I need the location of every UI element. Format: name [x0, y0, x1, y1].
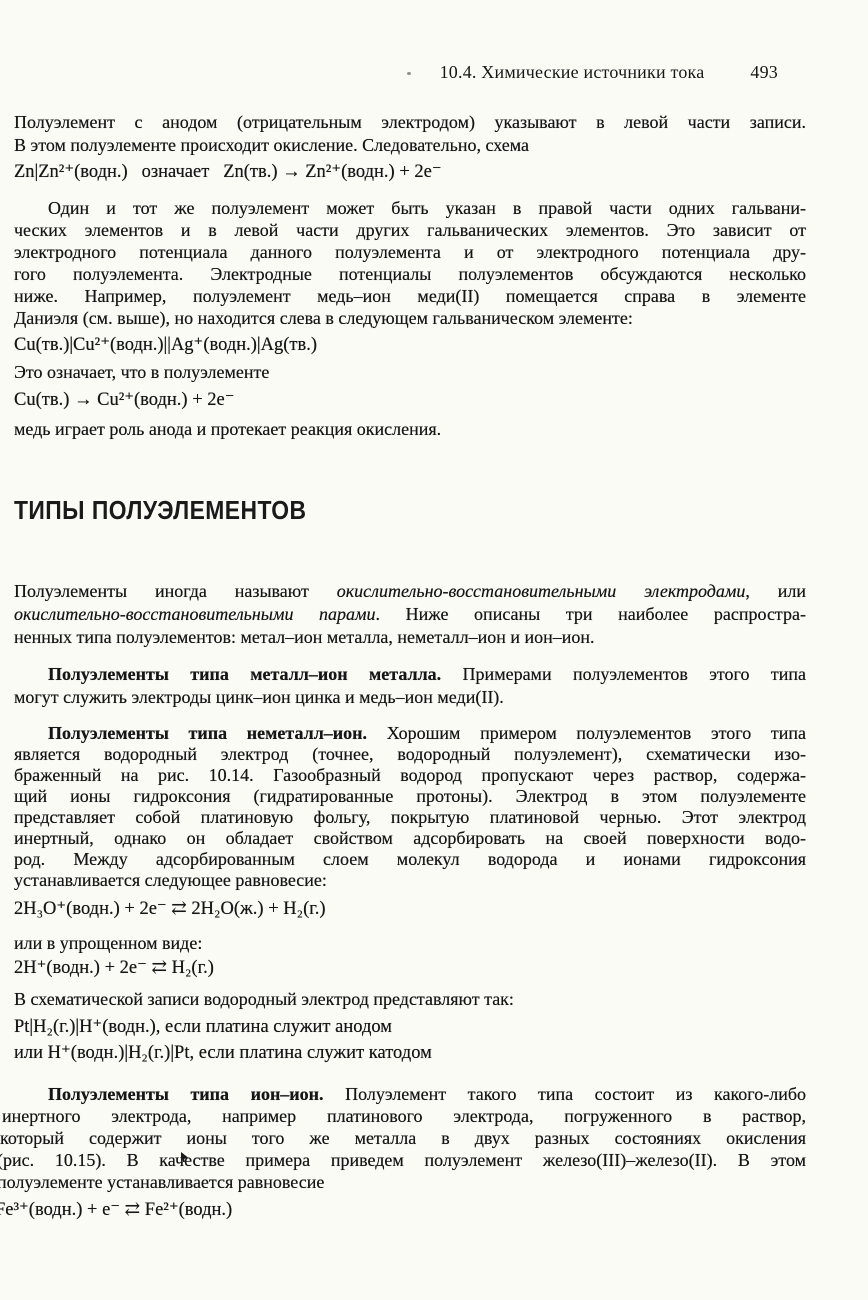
- equation-cu-oxidation: Cu(тв.) → Cu²⁺(водн.) + 2e⁻: [14, 387, 806, 413]
- text-line: Полуэлементы иногда называют окислительн…: [14, 580, 806, 603]
- running-header: 10.4. Химические источники тока 493: [14, 0, 806, 83]
- equation-hydrogen-simple: 2H⁺(водн.) + 2e⁻ ⇄ H₂(г.): [14, 955, 806, 981]
- para-redox-electrodes: Полуэлементы иногда называют окислительн…: [14, 580, 806, 649]
- equation-pt-notation: Pt|H₂(г.)|H⁺(водн.), если платина служит…: [14, 1014, 806, 1066]
- text-line: Полуэлементы типа неметалл–ион. Хорошим …: [14, 723, 806, 744]
- text-line: Полуэлемент с анодом (отрицательным элек…: [14, 111, 806, 134]
- text-line: устанавливается следующее равновесие:: [14, 870, 806, 891]
- text-line: Pt|H₂(г.)|H⁺(водн.), если платина служит…: [14, 1014, 806, 1040]
- page-content: 10.4. Химические источники тока 493 Полу…: [0, 0, 868, 1223]
- text-line: полуэлементе устанавливается равновесие: [0, 1171, 806, 1193]
- text-line: окислительно-восстановительными парами. …: [14, 603, 806, 626]
- text-line: 2H₃O⁺(водн.) + 2e⁻ ⇄ 2H₂O(ж.) + H₂(г.): [14, 896, 806, 922]
- para-same-halfcell: Один и тот же полуэлемент может быть ука…: [14, 197, 806, 329]
- text-line: род. Между адсорбированным слоем молекул…: [14, 849, 806, 870]
- equation-hydronium: 2H₃O⁺(водн.) + 2e⁻ ⇄ 2H₂O(ж.) + H₂(г.): [14, 896, 806, 922]
- text-line: инертного электрода, например платиновог…: [2, 1105, 806, 1127]
- text-line: Fe³⁺(водн.) + e⁻ ⇄ Fe²⁺(водн.): [0, 1197, 806, 1223]
- text-line: ческих элементов и в левой части других …: [14, 219, 806, 241]
- para-this-means: Это означает, что в полуэлементе: [14, 361, 806, 384]
- text-line: Один и тот же полуэлемент может быть ука…: [14, 197, 806, 219]
- running-header-title: 10.4. Химические источники тока: [440, 62, 705, 83]
- text-line: представляет собой платиновую фольгу, по…: [14, 807, 806, 828]
- text-line: (рис. 10.15). В качестве примера приведе…: [0, 1149, 806, 1171]
- para-nonmetal-ion: Полуэлементы типа неметалл–ион. Хорошим …: [14, 723, 806, 891]
- text-line: ненных типа полуэлементов: метал–ион мет…: [14, 626, 806, 649]
- text-line: медь играет роль анода и протекает реакц…: [14, 418, 806, 441]
- text-line: инертный, однако он обладает свойством а…: [14, 828, 806, 849]
- text-line: могут служить электроды цинк–ион цинка и…: [14, 686, 806, 709]
- text-line: является водородный электрод (точнее, во…: [14, 744, 806, 765]
- text-line: Полуэлементы типа металл–ион металла. Пр…: [14, 663, 806, 686]
- text-line: электродного потенциала данного полуэлем…: [14, 241, 806, 263]
- page-number: 493: [750, 62, 778, 83]
- para-ion-ion: Полуэлементы типа ион–ион. Полуэлемент т…: [14, 1083, 806, 1193]
- text-line: или H⁺(водн.)|H₂(г.)|Pt, если платина сл…: [14, 1040, 806, 1066]
- equation-zn-halfcell: Zn|Zn²⁺(водн.) означает Zn(тв.) → Zn²⁺(в…: [14, 159, 806, 185]
- text-line: Cu(тв.) → Cu²⁺(водн.) + 2e⁻: [14, 387, 806, 413]
- para-copper-anode: медь играет роль анода и протекает реакц…: [14, 418, 806, 441]
- text-line: Это означает, что в полуэлементе: [14, 361, 806, 384]
- text-line: Zn|Zn²⁺(водн.) означает Zn(тв.) → Zn²⁺(в…: [14, 159, 806, 185]
- text-line: Даниэля (см. выше), но находится слева в…: [14, 307, 806, 329]
- equation-cu-ag-cell: Cu(тв.)|Cu²⁺(водн.)||Ag⁺(водн.)|Ag(тв.): [14, 332, 806, 358]
- scanned-book-page: { "page": { "background": "#fbfbf6", "in…: [0, 0, 868, 1300]
- text-line: гого полуэлемента. Электродные потенциал…: [14, 263, 806, 285]
- text-line: В схематической записи водородный электр…: [14, 988, 806, 1010]
- section-heading: ТИПЫ ПОЛУЭЛЕМЕНТОВ: [14, 495, 711, 526]
- text-line: Cu(тв.)|Cu²⁺(водн.)||Ag⁺(водн.)|Ag(тв.): [14, 332, 806, 358]
- text-line: ниже. Например, полуэлемент медь–ион мед…: [14, 285, 806, 307]
- text-line: 2H⁺(водн.) + 2e⁻ ⇄ H₂(г.): [14, 955, 806, 981]
- text-line: щий ионы гидроксония (гидратированные пр…: [14, 786, 806, 807]
- para-metal-metal-ion: Полуэлементы типа металл–ион металла. Пр…: [14, 663, 806, 709]
- scan-speck: [407, 72, 411, 75]
- text-line: Полуэлементы типа ион–ион. Полуэлемент т…: [14, 1083, 806, 1105]
- para-simplified-form: или в упрощенном виде:: [14, 932, 806, 954]
- text-line: который содержит ионы того же металла в …: [0, 1127, 806, 1149]
- para-anode-left-side: Полуэлемент с анодом (отрицательным элек…: [14, 111, 806, 157]
- text-line: или в упрощенном виде:: [14, 932, 806, 954]
- para-schematic-notation: В схематической записи водородный электр…: [14, 988, 806, 1010]
- text-line: браженный на рис. 10.14. Газообразный во…: [14, 765, 806, 786]
- content-blocks: Полуэлемент с анодом (отрицательным элек…: [14, 111, 806, 1223]
- equation-iron: Fe³⁺(водн.) + e⁻ ⇄ Fe²⁺(водн.): [14, 1197, 806, 1223]
- text-line: В этом полуэлементе происходит окисление…: [14, 134, 806, 157]
